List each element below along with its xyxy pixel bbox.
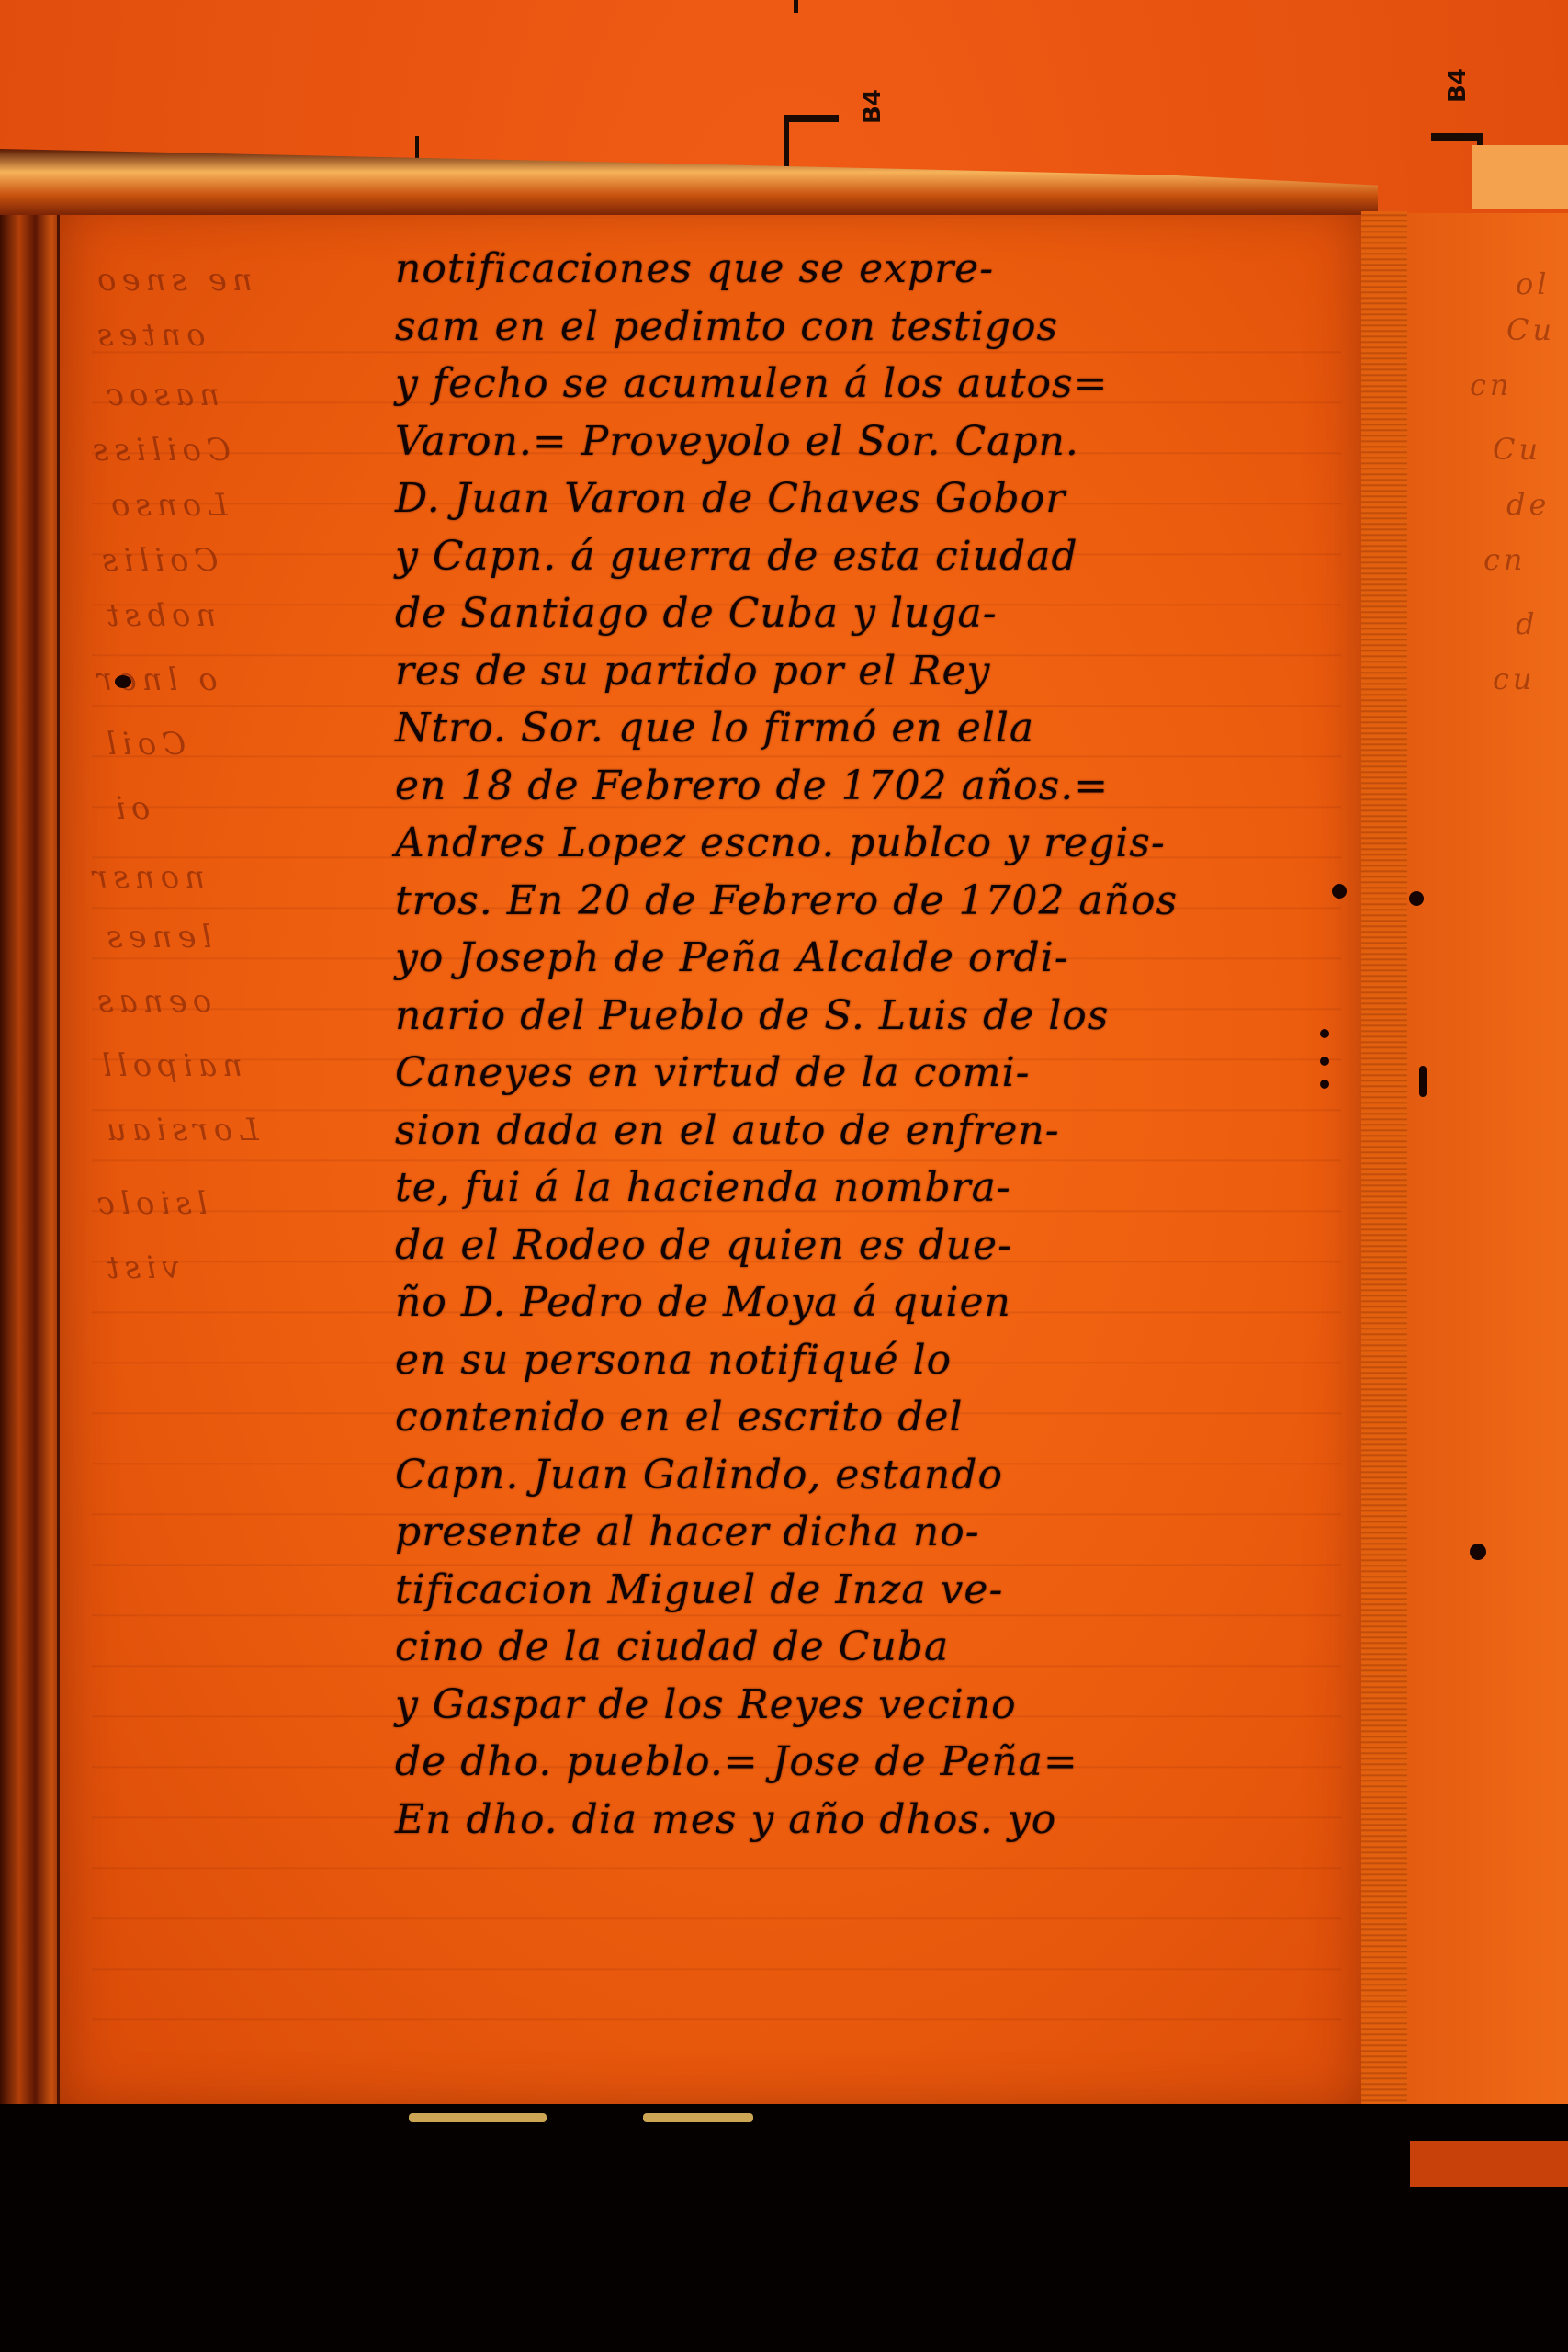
- scan-shadow-bottom: [0, 2104, 1568, 2352]
- bleed-line: oi: [110, 790, 150, 827]
- ink-spot: [1470, 1543, 1486, 1560]
- bleed-line: Lonso: [106, 487, 228, 524]
- text-line: yo Joseph de Peña Alcalde ordi-: [395, 930, 1323, 988]
- ink-spot: [1409, 891, 1424, 906]
- facing-page-corner: [1410, 2141, 1568, 2187]
- text-line: En dho. dia mes y año dhos. yo: [395, 1792, 1323, 1849]
- bleed-line: vist: [101, 1249, 179, 1286]
- text-line: de dho. pueblo.= Jose de Peña=: [395, 1734, 1323, 1792]
- text-line: tificacion Miguel de Inza ve-: [395, 1562, 1323, 1620]
- bleed-line: ontes: [92, 317, 206, 354]
- book-gutter: [1361, 211, 1407, 2131]
- text-line: da el Rodeo de quien es due-: [395, 1217, 1323, 1275]
- bleed-line: Coiliss: [87, 432, 231, 469]
- book-binding-left: [0, 175, 64, 2113]
- bleed-line: naipoll: [96, 1047, 243, 1084]
- page-edge-glint: [643, 2113, 753, 2122]
- fragment-line: de: [1506, 487, 1550, 522]
- bleed-line: nobst: [101, 597, 216, 634]
- fragment-line: d: [1516, 606, 1538, 641]
- bleed-line: Lorsiau: [101, 1112, 259, 1148]
- text-line: tros. En 20 de Febrero de 1702 años: [395, 873, 1323, 931]
- text-line: D. Juan Varon de Chaves Gobor: [395, 470, 1323, 528]
- bleed-line: o lnor: [92, 661, 218, 698]
- text-line: en su persona notifiqué lo: [395, 1332, 1323, 1390]
- ink-spot: [1320, 1080, 1329, 1089]
- text-line: sion dada en el auto de enfren-: [395, 1102, 1323, 1160]
- text-line: Andres Lopez escno. publco y regis-: [395, 815, 1323, 873]
- ruler-label-b4-right: B4: [1444, 68, 1472, 103]
- text-line: de Santiago de Cuba y luga-: [395, 585, 1323, 643]
- text-line: nario del Pueblo de S. Luis de los: [395, 988, 1323, 1046]
- fragment-line: ol: [1516, 266, 1551, 301]
- ink-spot: [1419, 1066, 1427, 1097]
- text-line: Ntro. Sor. que lo firmó en ella: [395, 700, 1323, 758]
- bleed-line: oenas: [92, 983, 211, 1020]
- fragment-line: Cu: [1506, 312, 1555, 347]
- bleed-line: ne sneo: [92, 262, 253, 299]
- page-tab-flag: [1472, 145, 1568, 209]
- text-line: Caneyes en virtud de la comi-: [395, 1045, 1323, 1102]
- text-line: contenido en el escrito del: [395, 1389, 1323, 1447]
- text-line: Varon.= Proveyolo el Sor. Capn.: [395, 413, 1323, 471]
- ruler-line-right: [1431, 133, 1483, 141]
- text-line: en 18 de Febrero de 1702 años.=: [395, 758, 1323, 816]
- ink-spot: [115, 675, 131, 688]
- text-line: ño D. Pedro de Moya á quien: [395, 1274, 1323, 1332]
- text-line: y Capn. á guerra de esta ciudad: [395, 528, 1323, 586]
- text-line: y Gaspar de los Reyes vecino: [395, 1677, 1323, 1735]
- fragment-line: cn: [1470, 367, 1513, 402]
- bleed-line: lsiolc: [92, 1185, 208, 1222]
- fragment-line: Cu: [1493, 432, 1541, 467]
- fragment-line: cu: [1493, 661, 1536, 696]
- text-line: sam en el pedimto con testigos: [395, 299, 1323, 356]
- manuscript-text: notificaciones que se expre- sam en el p…: [395, 241, 1323, 1849]
- page-edge-glint: [409, 2113, 547, 2122]
- text-line: y fecho se acumulen á los autos=: [395, 356, 1323, 413]
- ink-spot: [1332, 884, 1347, 899]
- text-line: Capn. Juan Galindo, estando: [395, 1447, 1323, 1505]
- bleed-line: Coilis: [96, 542, 219, 579]
- text-line: res de su partido por el Rey: [395, 643, 1323, 701]
- bleed-line: nasoc: [101, 377, 220, 413]
- text-line: te, fui á la hacienda nombra-: [395, 1159, 1323, 1217]
- ruler-tick-top: [794, 0, 798, 13]
- ruler-line-horizontal: [784, 115, 839, 122]
- ink-spot: [1320, 1029, 1329, 1038]
- fragment-line: cn: [1483, 542, 1527, 577]
- text-line: presente al hacer dicha no-: [395, 1504, 1323, 1562]
- bleed-line: lenes: [101, 919, 211, 955]
- bleed-line: nonsr: [87, 859, 205, 896]
- ink-spot: [1320, 1057, 1329, 1066]
- ruler-label-b4-left: B4: [859, 89, 886, 124]
- bleed-line: Coil: [101, 726, 186, 763]
- text-line: cino de la ciudad de Cuba: [395, 1619, 1323, 1677]
- text-line: notificaciones que se expre-: [395, 241, 1323, 299]
